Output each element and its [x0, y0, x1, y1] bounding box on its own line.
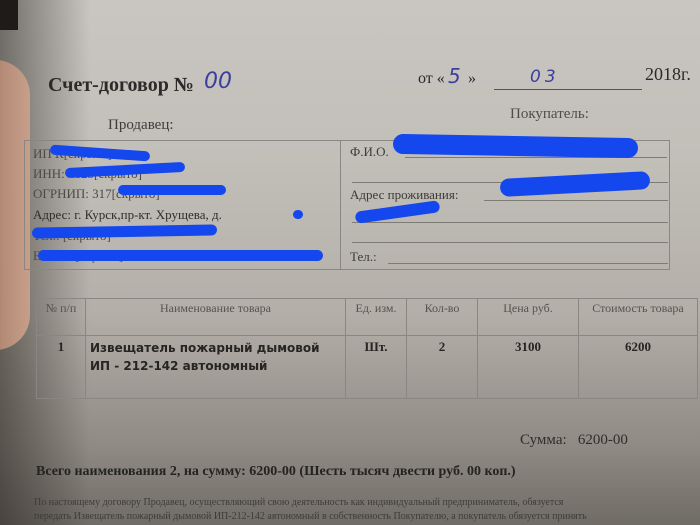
date-prefix: от « [418, 70, 445, 88]
header-unit: Ед. изм. [346, 299, 407, 336]
redaction-mark [393, 134, 638, 158]
document-title: Счет-договор № [48, 74, 194, 97]
address-underline-2 [352, 222, 668, 223]
buyer-address-label: Адрес проживания: [350, 187, 458, 203]
phone-underline [388, 263, 668, 264]
row-name: Извещатель пожарный дымовой ИП - 212-142… [86, 336, 346, 399]
fine-print-line: По настоящему договору Продавец, осущест… [34, 497, 563, 508]
header-cost: Стоимость товара [579, 299, 698, 336]
buyer-fio-label: Ф.И.О. [350, 144, 389, 160]
row-cost: 6200 [579, 336, 698, 399]
parties-divider [340, 140, 341, 269]
header-number: № п/п [37, 299, 86, 336]
date-year: 2018г. [645, 64, 691, 85]
buyer-phone-label: Тел.: [350, 249, 377, 265]
date-day: 5 [448, 64, 461, 88]
total-line: Всего наименования 2, на сумму: 6200-00 … [36, 464, 516, 480]
date-suffix: » [468, 70, 476, 88]
redaction-mark [38, 250, 323, 261]
sum-value: 6200-00 [578, 432, 628, 448]
row-price: 3100 [478, 336, 579, 399]
seller-address: Адрес: г. Курск,пр-кт. Хрущева, д. [33, 207, 222, 223]
sum-line: Сумма: 6200-00 [520, 432, 628, 449]
fine-print-line: передать Извещатель пожарный дымовой ИП-… [34, 511, 587, 522]
seller-heading: Продавец: [108, 117, 174, 134]
background-corner [0, 0, 18, 30]
buyer-heading: Покупатель: [510, 106, 589, 123]
row-number: 1 [37, 336, 86, 399]
address-underline-3 [352, 242, 668, 243]
header-qty: Кол-во [407, 299, 478, 336]
row-qty: 2 [407, 336, 478, 399]
header-price: Цена руб. [478, 299, 579, 336]
redaction-mark [118, 185, 226, 195]
document-number: 00 [204, 69, 232, 94]
table-row: 1 Извещатель пожарный дымовой ИП - 212-1… [37, 336, 698, 399]
table-header-row: № п/п Наименование товара Ед. изм. Кол-в… [37, 299, 698, 336]
row-unit: Шт. [346, 336, 407, 399]
sum-label: Сумма: [520, 432, 567, 448]
date-month: 03 [530, 67, 560, 87]
address-underline [484, 200, 668, 201]
date-underline [494, 89, 642, 90]
items-table: № п/п Наименование товара Ед. изм. Кол-в… [36, 298, 698, 399]
redaction-mark [293, 210, 303, 219]
header-name: Наименование товара [86, 299, 346, 336]
